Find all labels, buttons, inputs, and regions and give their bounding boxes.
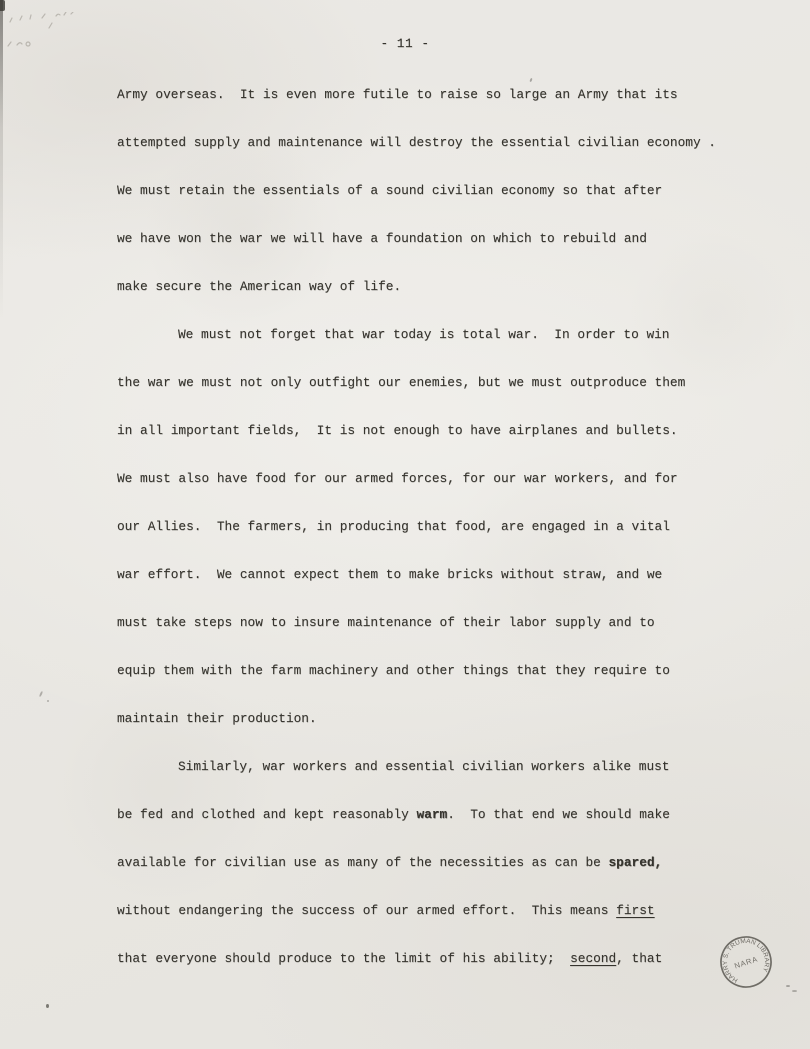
text-segment: equip them with the farm machinery and o… xyxy=(117,663,670,678)
document-line: We must retain the essentials of a sound… xyxy=(117,183,747,231)
ink-speck xyxy=(47,700,49,702)
ink-speck xyxy=(529,78,532,82)
document-line: equip them with the farm machinery and o… xyxy=(117,663,747,711)
document-line: must take steps now to insure maintenanc… xyxy=(117,615,747,663)
text-segment: without endangering the success of our a… xyxy=(117,903,616,918)
document-lines: Army overseas. It is even more futile to… xyxy=(117,87,747,999)
text-segment: our Allies. The farmers, in producing th… xyxy=(117,519,670,534)
document-line: our Allies. The farmers, in producing th… xyxy=(117,519,747,567)
text-segment: We must also have food for our armed for… xyxy=(117,471,678,486)
text-segment: Army overseas. It is even more futile to… xyxy=(117,87,678,102)
text-segment: we have won the war we will have a found… xyxy=(117,231,647,246)
text-segment: available for civilian use as many of th… xyxy=(117,855,608,870)
text-segment: spared, xyxy=(608,855,662,870)
scan-corner-mark xyxy=(0,0,5,11)
text-segment: warm xyxy=(417,807,448,822)
document-line: Army overseas. It is even more futile to… xyxy=(117,87,747,135)
text-segment: . To that end we should make xyxy=(447,807,670,822)
text-segment: We must retain the essentials of a sound… xyxy=(117,183,662,198)
text-segment: war effort. We cannot expect them to mak… xyxy=(117,567,662,582)
page-number: - 11 - xyxy=(0,36,810,51)
document-line: the war we must not only outfight our en… xyxy=(117,375,747,423)
stamp-center-text: NARA xyxy=(733,954,759,970)
document-line: that everyone should produce to the limi… xyxy=(117,951,747,999)
document-line: Similarly, war workers and essential civ… xyxy=(117,759,747,807)
document-line: war effort. We cannot expect them to mak… xyxy=(117,567,747,615)
text-segment: must take steps now to insure maintenanc… xyxy=(117,615,655,630)
text-segment: in all important fields, It is not enoug… xyxy=(117,423,678,438)
text-segment: first xyxy=(616,903,654,918)
text-segment: second xyxy=(570,951,616,966)
document-line: maintain their production. xyxy=(117,711,747,759)
document-line: We must not forget that war today is tot… xyxy=(117,327,747,375)
text-segment: , that xyxy=(616,951,662,966)
text-segment: maintain their production. xyxy=(117,711,317,726)
text-segment: be fed and clothed and kept reasonably xyxy=(117,807,417,822)
document-line: without endangering the success of our a… xyxy=(117,903,747,951)
document-line: in all important fields, It is not enoug… xyxy=(117,423,747,471)
text-segment: attempted supply and maintenance will de… xyxy=(117,135,716,150)
document-line: attempted supply and maintenance will de… xyxy=(117,135,747,183)
ink-speck xyxy=(39,691,43,697)
document-line: be fed and clothed and kept reasonably w… xyxy=(117,807,747,855)
document-line: available for civilian use as many of th… xyxy=(117,855,747,903)
text-segment: the war we must not only outfight our en… xyxy=(117,375,685,390)
text-segment: We must not forget that war today is tot… xyxy=(178,327,669,342)
text-segment: Similarly, war workers and essential civ… xyxy=(178,759,669,774)
document-line: make secure the American way of life. xyxy=(117,279,747,327)
document-line: We must also have food for our armed for… xyxy=(117,471,747,519)
text-segment: make secure the American way of life. xyxy=(117,279,401,294)
text-segment: that everyone should produce to the limi… xyxy=(117,951,570,966)
document-line: we have won the war we will have a found… xyxy=(117,231,747,279)
scanned-document-page: { "page": { "header": "- 11 -" }, "color… xyxy=(0,0,810,1049)
ink-speck xyxy=(46,1004,49,1008)
